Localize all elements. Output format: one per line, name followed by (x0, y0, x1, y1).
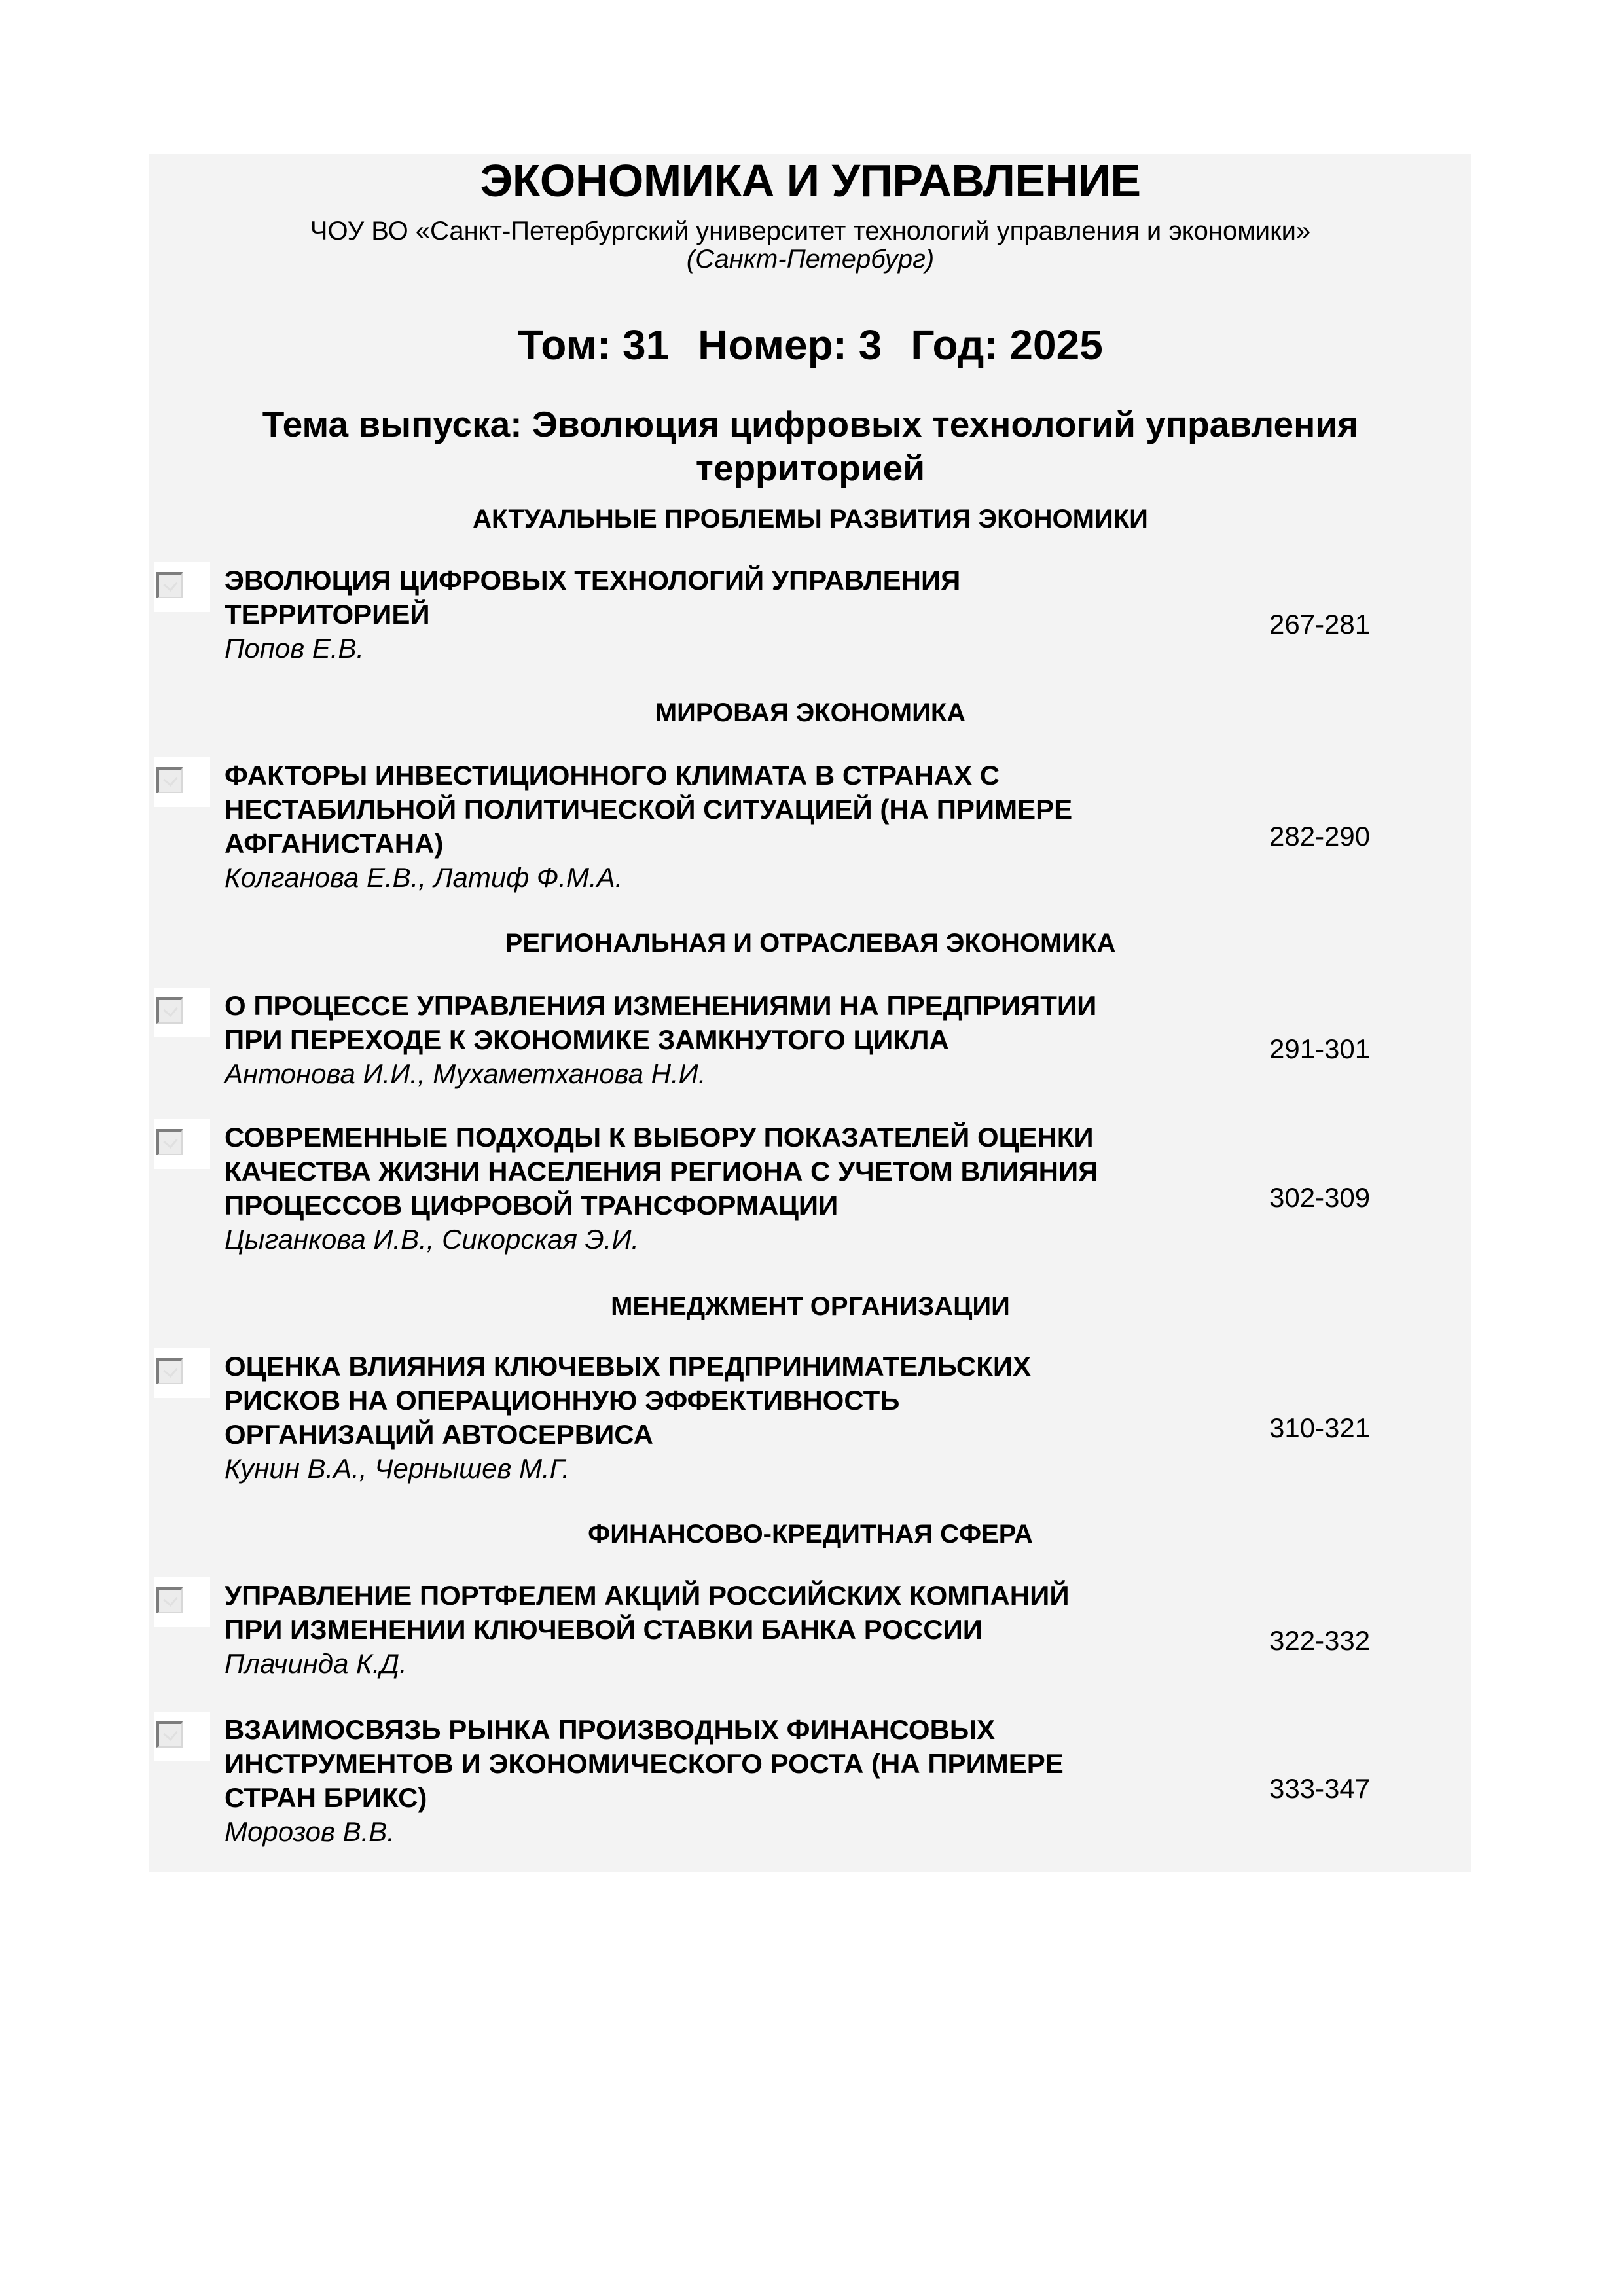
article-title-line[interactable]: ОРГАНИЗАЦИЙ АВТОСЕРВИСА (225, 1418, 1246, 1452)
publisher-city: (Санкт-Петербург) (149, 244, 1471, 274)
article-authors: Попов Е.В. (225, 632, 1246, 666)
article-title-line[interactable]: РИСКОВ НА ОПЕРАЦИОННУЮ ЭФФЕКТИВНОСТЬ (225, 1384, 1246, 1418)
publisher-name: ЧОУ ВО «Санкт-Петербургский университет … (149, 216, 1471, 246)
section-heading: ФИНАНСОВО-КРЕДИТНАЯ СФЕРА (149, 1518, 1471, 1551)
select-article-checkbox[interactable] (156, 572, 183, 598)
section-heading: МИРОВАЯ ЭКОНОМИКА (149, 696, 1471, 729)
article-authors: Цыганкова И.В., Сикорская Э.И. (225, 1223, 1246, 1257)
checkbox-container (154, 1577, 210, 1627)
checkbox-container (154, 757, 210, 807)
article-authors: Кунин В.А., Чернышев М.Г. (225, 1452, 1246, 1486)
article-pages: 282-290 (1269, 819, 1370, 853)
article-title-line[interactable]: КАЧЕСТВА ЖИЗНИ НАСЕЛЕНИЯ РЕГИОНА С УЧЕТО… (225, 1155, 1246, 1189)
select-article-checkbox[interactable] (156, 997, 183, 1024)
article-pages: 302-309 (1269, 1181, 1370, 1215)
section-heading: МЕНЕДЖМЕНТ ОРГАНИЗАЦИИ (149, 1290, 1471, 1323)
article-title-line[interactable]: УПРАВЛЕНИЕ ПОРТФЕЛЕМ АКЦИЙ РОССИЙСКИХ КО… (225, 1579, 1246, 1613)
checkbox-container (154, 1119, 210, 1169)
select-article-checkbox[interactable] (156, 1358, 183, 1384)
issue-theme-text: Тема выпуска: Эволюция цифровых технолог… (215, 403, 1406, 490)
issue-theme: Тема выпуска: Эволюция цифровых технолог… (149, 403, 1471, 490)
article-title[interactable]: ВЗАИМОСВЯЗЬ РЫНКА ПРОИЗВОДНЫХ ФИНАНСОВЫХ… (225, 1713, 1246, 1849)
article-title-line[interactable]: ЭВОЛЮЦИЯ ЦИФРОВЫХ ТЕХНОЛОГИЙ УПРАВЛЕНИЯ (225, 564, 1246, 598)
article-title-line[interactable]: АФГАНИСТАНА) (225, 827, 1246, 861)
article-authors: Колганова Е.В., Латиф Ф.М.А. (225, 861, 1246, 895)
article-title-line[interactable]: ПРОЦЕССОВ ЦИФРОВОЙ ТРАНСФОРМАЦИИ (225, 1189, 1246, 1223)
article-pages: 291-301 (1269, 1032, 1370, 1066)
article-authors: Антонова И.И., Мухаметханова Н.И. (225, 1057, 1246, 1091)
checkbox-container (154, 1712, 210, 1761)
article-title-line[interactable]: ОЦЕНКА ВЛИЯНИЯ КЛЮЧЕВЫХ ПРЕДПРИНИМАТЕЛЬС… (225, 1350, 1246, 1384)
article-title[interactable]: О ПРОЦЕССЕ УПРАВЛЕНИЯ ИЗМЕНЕНИЯМИ НА ПРЕ… (225, 989, 1246, 1091)
checkbox-container (154, 1348, 210, 1398)
article-title-line[interactable]: О ПРОЦЕССЕ УПРАВЛЕНИЯ ИЗМЕНЕНИЯМИ НА ПРЕ… (225, 989, 1246, 1023)
article-title[interactable]: ЭВОЛЮЦИЯ ЦИФРОВЫХ ТЕХНОЛОГИЙ УПРАВЛЕНИЯТ… (225, 564, 1246, 666)
article-title[interactable]: УПРАВЛЕНИЕ ПОРТФЕЛЕМ АКЦИЙ РОССИЙСКИХ КО… (225, 1579, 1246, 1681)
issue-info: Том: 31Номер: 3Год: 2025 (149, 321, 1471, 368)
article-pages: 333-347 (1269, 1772, 1370, 1806)
article-authors: Плачинда К.Д. (225, 1647, 1246, 1681)
article-title-line[interactable]: НЕСТАБИЛЬНОЙ ПОЛИТИЧЕСКОЙ СИТУАЦИЕЙ (НА … (225, 793, 1246, 827)
section-heading: АКТУАЛЬНЫЕ ПРОБЛЕМЫ РАЗВИТИЯ ЭКОНОМИКИ (149, 503, 1471, 535)
issue-number: Номер: 3 (698, 321, 882, 368)
journal-title: ЭКОНОМИКА И УПРАВЛЕНИЕ (149, 154, 1471, 207)
article-title-line[interactable]: ПРИ ПЕРЕХОДЕ К ЭКОНОМИКЕ ЗАМКНУТОГО ЦИКЛ… (225, 1023, 1246, 1057)
article-title[interactable]: СОВРЕМЕННЫЕ ПОДХОДЫ К ВЫБОРУ ПОКАЗАТЕЛЕЙ… (225, 1121, 1246, 1257)
article-title-line[interactable]: ИНСТРУМЕНТОВ И ЭКОНОМИЧЕСКОГО РОСТА (НА … (225, 1747, 1246, 1781)
article-title-line[interactable]: ТЕРРИТОРИЕЙ (225, 598, 1246, 632)
article-title-line[interactable]: СТРАН БРИКС) (225, 1781, 1246, 1815)
section-heading: РЕГИОНАЛЬНАЯ И ОТРАСЛЕВАЯ ЭКОНОМИКА (149, 927, 1471, 960)
article-title[interactable]: ОЦЕНКА ВЛИЯНИЯ КЛЮЧЕВЫХ ПРЕДПРИНИМАТЕЛЬС… (225, 1350, 1246, 1486)
checkbox-container (154, 562, 210, 612)
select-article-checkbox[interactable] (156, 1721, 183, 1748)
issue-volume: Том: 31 (518, 321, 669, 368)
article-title-line[interactable]: ПРИ ИЗМЕНЕНИИ КЛЮЧЕВОЙ СТАВКИ БАНКА РОСС… (225, 1613, 1246, 1647)
article-title[interactable]: ФАКТОРЫ ИНВЕСТИЦИОННОГО КЛИМАТА В СТРАНА… (225, 759, 1246, 895)
checkbox-container (154, 988, 210, 1037)
article-pages: 310-321 (1269, 1411, 1370, 1445)
select-article-checkbox[interactable] (156, 767, 183, 793)
issue-year: Год: 2025 (911, 321, 1102, 368)
article-pages: 322-332 (1269, 1624, 1370, 1658)
article-authors: Морозов В.В. (225, 1815, 1246, 1849)
article-title-line[interactable]: СОВРЕМЕННЫЕ ПОДХОДЫ К ВЫБОРУ ПОКАЗАТЕЛЕЙ… (225, 1121, 1246, 1155)
article-title-line[interactable]: ВЗАИМОСВЯЗЬ РЫНКА ПРОИЗВОДНЫХ ФИНАНСОВЫХ (225, 1713, 1246, 1747)
article-pages: 267-281 (1269, 607, 1370, 641)
select-article-checkbox[interactable] (156, 1129, 183, 1155)
select-article-checkbox[interactable] (156, 1587, 183, 1613)
article-title-line[interactable]: ФАКТОРЫ ИНВЕСТИЦИОННОГО КЛИМАТА В СТРАНА… (225, 759, 1246, 793)
